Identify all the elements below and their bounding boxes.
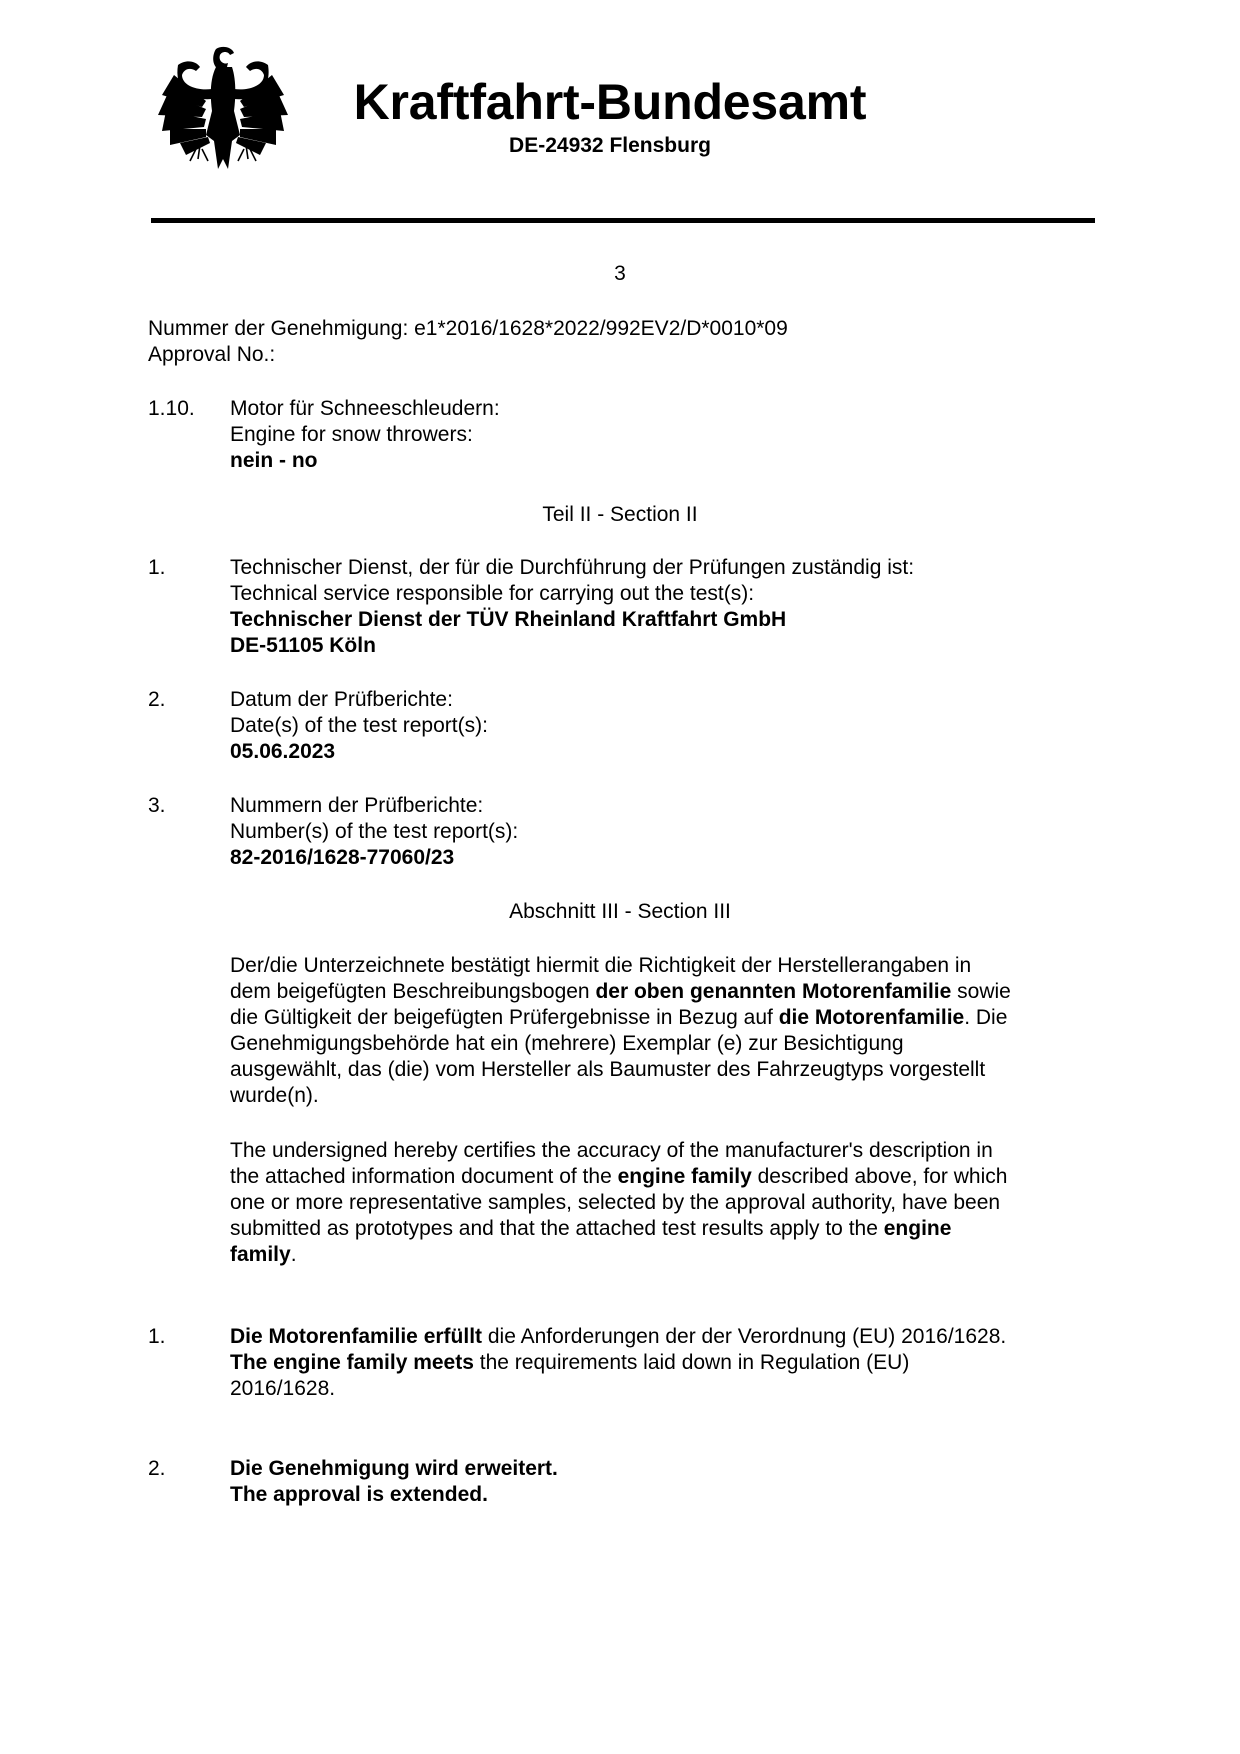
paragraph-de-line: wurde(n). xyxy=(230,1083,319,1109)
technical-service-address: DE-51105 Köln xyxy=(230,633,376,659)
item-1-10-label-en: Engine for snow throwers: xyxy=(230,422,473,448)
item-1-10-value: nein - no xyxy=(230,448,318,474)
bold-emphasis: Die Genehmigung wird erweitert. xyxy=(230,1457,558,1480)
paragraph-de-line: Genehmigungsbehörde hat ein (mehrere) Ex… xyxy=(230,1031,904,1057)
federal-eagle-icon xyxy=(156,45,290,173)
s2-item-1-number: 1. xyxy=(148,555,166,581)
item-1-10-number: 1.10. xyxy=(148,396,195,422)
s2-item-2-number: 2. xyxy=(148,687,166,713)
s2-item-3-label-de: Nummern der Prüfberichte: xyxy=(230,793,483,819)
s2-item-2-label-en: Date(s) of the test report(s): xyxy=(230,713,488,739)
paragraph-de-line: dem beigefügten Beschreibungsbogen der o… xyxy=(230,979,1011,1005)
bold-emphasis: family xyxy=(230,1243,291,1266)
bold-emphasis: die Motorenfamilie xyxy=(779,1006,965,1029)
authority-title: Kraftfahrt-Bundesamt xyxy=(300,74,920,130)
conclusion-line: The approval is extended. xyxy=(230,1482,488,1508)
test-report-date: 05.06.2023 xyxy=(230,739,335,765)
conclusion-number: 1. xyxy=(148,1324,166,1350)
page-number: 3 xyxy=(0,262,1240,286)
paragraph-de-line: die Gültigkeit der beigefügten Prüfergeb… xyxy=(230,1005,1007,1031)
approval-number: Nummer der Genehmigung: e1*2016/1628*202… xyxy=(148,316,788,342)
paragraph-de-line: ausgewählt, das (die) vom Hersteller als… xyxy=(230,1057,985,1083)
s2-item-2-label-de: Datum der Prüfberichte: xyxy=(230,687,453,713)
conclusion-line: Die Motorenfamilie erfüllt die Anforderu… xyxy=(230,1324,1006,1350)
bold-emphasis: Die Motorenfamilie erfüllt xyxy=(230,1325,482,1348)
bold-emphasis: engine family xyxy=(618,1165,752,1188)
paragraph-de-line: Der/die Unterzeichnete bestätigt hiermit… xyxy=(230,953,971,979)
bold-emphasis: The approval is extended. xyxy=(230,1483,488,1506)
paragraph-en-line: one or more representative samples, sele… xyxy=(230,1190,1000,1216)
item-1-10-label-de: Motor für Schneeschleudern: xyxy=(230,396,500,422)
conclusion-line: The engine family meets the requirements… xyxy=(230,1350,909,1376)
s2-item-3-number: 3. xyxy=(148,793,166,819)
paragraph-en-line: The undersigned hereby certifies the acc… xyxy=(230,1138,993,1164)
paragraph-en-line: family. xyxy=(230,1242,297,1268)
s2-item-3-label-en: Number(s) of the test report(s): xyxy=(230,819,518,845)
section-2-heading: Teil II - Section II xyxy=(0,502,1240,528)
approval-label-en: Approval No.: xyxy=(148,342,275,368)
bold-emphasis: The engine family meets xyxy=(230,1351,474,1374)
conclusion-number: 2. xyxy=(148,1456,166,1482)
paragraph-en-line: submitted as prototypes and that the att… xyxy=(230,1216,951,1242)
technical-service-name: Technischer Dienst der TÜV Rheinland Kra… xyxy=(230,607,786,633)
section-3-heading: Abschnitt III - Section III xyxy=(0,899,1240,925)
conclusion-line: 2016/1628. xyxy=(230,1376,335,1402)
bold-emphasis: der oben genannten Motorenfamilie xyxy=(595,980,951,1003)
test-report-number: 82-2016/1628-77060/23 xyxy=(230,845,454,871)
paragraph-en-line: the attached information document of the… xyxy=(230,1164,1007,1190)
conclusion-line: Die Genehmigung wird erweitert. xyxy=(230,1456,558,1482)
bold-emphasis: engine xyxy=(884,1217,952,1240)
s2-item-1-label-en: Technical service responsible for carryi… xyxy=(230,581,754,607)
header-divider xyxy=(151,218,1095,223)
s2-item-1-label-de: Technischer Dienst, der für die Durchfüh… xyxy=(230,555,914,581)
authority-address: DE-24932 Flensburg xyxy=(300,134,920,158)
